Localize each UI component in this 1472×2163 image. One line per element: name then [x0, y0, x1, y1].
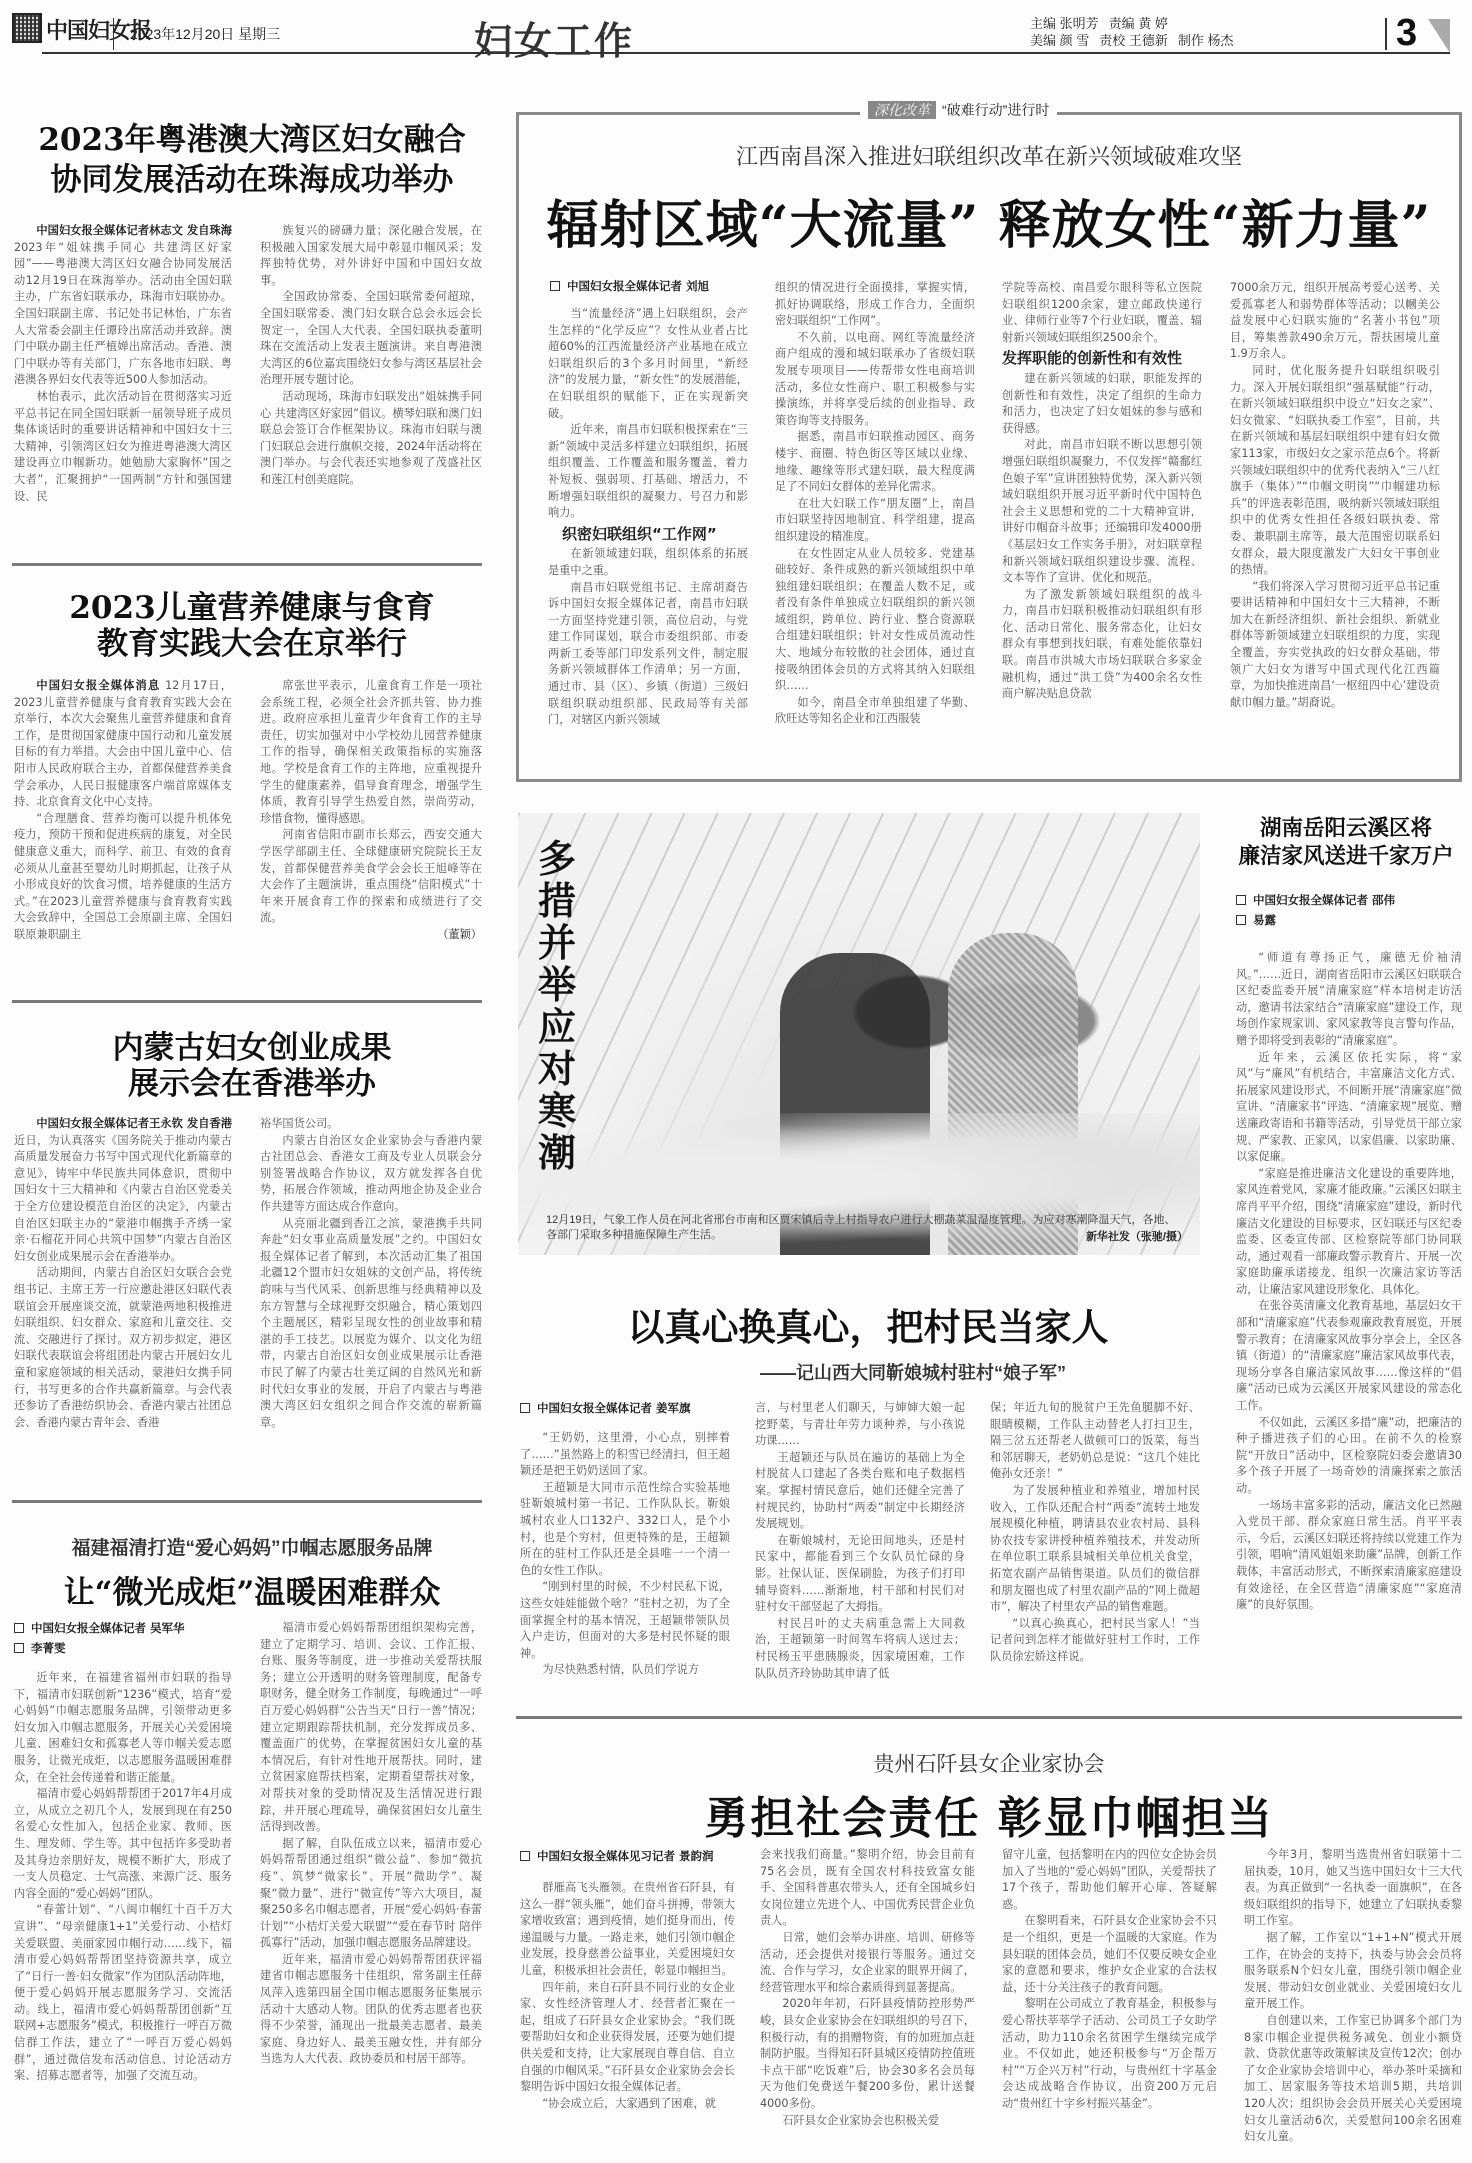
- article-village-subtitle: ——记山西大同靳娘城村驻村“娘子军”: [760, 1359, 1140, 1385]
- paragraph: 据了解，工作室以“1+1+N”模式开展工作，在协会的支持下，执委与协会会员将服务…: [1244, 1930, 1462, 2013]
- dateline: 中国妇女报全媒体记者林志文 发自珠海: [36, 224, 232, 237]
- paragraph: 石阡县女企业家协会也积极关爱: [760, 2113, 975, 2130]
- article-inner-mongolia-col2: 裕华国货公司。 内蒙古自治区女企业家协会与香港内蒙古社团总会、香港女工商及专业人…: [260, 1116, 482, 1468]
- headline-line: 廉洁家风送进千家万户: [1228, 843, 1464, 871]
- paragraph: 12月17日，2023儿童营养健康与食育教育实践大会在京举行，本次大会聚焦儿童营…: [14, 679, 232, 808]
- paragraph: 河南省信阳市副市长郑云，西安交通大学医学部副主任、全球健康研究院院长王友发，首都…: [260, 827, 482, 927]
- byline-box-icon: [14, 1643, 24, 1653]
- section-title: 妇女工作: [474, 10, 634, 65]
- article-village-col1: “王奶奶，这里滑，小心点，别摔着了……”虽然路上的积雪已经清扫，但王超颖还是把王…: [520, 1430, 730, 1690]
- paragraph: 南昌市妇联党组书记、主席胡裔告诉中国妇女报全媒体记者，南昌市妇联一方面坚持党建引…: [548, 580, 748, 729]
- paragraph: 建在新兴领域的妇联，职能发挥的创新性和有效性，决定了组织的生命力和活力，也决定了…: [1002, 371, 1202, 437]
- article-guizhou-headline: 勇担社会责任 彰显巾帼担当: [516, 1782, 1462, 1846]
- masthead-rule: [42, 52, 1450, 54]
- article-guizhou-col4: 今年3月，黎明当选贵州省妇联第十二届执委，10月，她又当选中国妇女十三大代表。为…: [1244, 1847, 1462, 2160]
- article-inner-mongolia-col1: 中国妇女报全媒体记者王永钦 发自香港 近日，为认真落实《国务院关于推动内蒙古高质…: [14, 1116, 232, 1468]
- article-fuqing-headline: 让“微光成炬”温暖困难群众: [12, 1567, 492, 1612]
- article-guizhou-col1: 群雁高飞头雁领。在贵州省石阡县，有这么一群“领头雁”，她们奋斗拼搏，带领大家增收…: [520, 1880, 735, 2160]
- byline-text: 中国妇女报全媒体见习记者 景韵润: [537, 1849, 714, 1863]
- paragraph: 在张谷英清廉文化教育基地，基层妇女干部和“清廉家庭”代表参观廉政教育展览，开展警…: [1236, 1298, 1462, 1414]
- article-village-col3: 保；年近九旬的脱贫户王先鱼腿脚不好、眼睛模糊，工作队主动替老人打扫卫生，隔三岔五…: [990, 1400, 1200, 1690]
- divider: [12, 1500, 482, 1503]
- paragraph: 林怡表示，此次活动旨在贯彻落实习近平总书记在同全国妇联新一届领导班子成员集体谈话…: [14, 389, 232, 505]
- paragraph: 王超颖是大同市示范性综合实验基地驻靳娘城村第一书记、工作队队长。靳娘城村农业人口…: [520, 1480, 730, 1580]
- paragraph: “师道有尊扬正气，廉德无价袖清风。”……近日，湖南省岳阳市云溪区妇联联合区纪委监…: [1236, 950, 1462, 1050]
- credit: 责编 黄 婷: [1109, 16, 1168, 31]
- feature-headline: 辐射区域“大流量” 释放女性“新力量”: [516, 183, 1462, 258]
- article-yunxi-headline: 湖南岳阳云溪区将 廉洁家风送进千家万户: [1228, 815, 1464, 871]
- subheading: 织密妇联组织“工作网”: [562, 526, 748, 543]
- byline: 中国妇女报全媒体记者 吴军华: [14, 1618, 234, 1638]
- headline-line: 2023年粤港澳大湾区妇女融合: [12, 120, 492, 160]
- headline: 2023年粤港澳大湾区妇女融合 协同发展活动在珠海成功举办: [12, 120, 492, 200]
- page-corner-icon: [1428, 19, 1450, 53]
- byline-box-icon: [520, 1851, 530, 1861]
- paragraph: 村民吕叶的丈夫病重急需上大同救治，王超颖第一时间驾车将病人送过去；村民杨玉平患胰…: [755, 1616, 965, 1682]
- signoff: （董颖）: [260, 927, 482, 944]
- paragraph: 一场场丰富多彩的活动，廉洁文化已然融入党员干部、群众家庭日常生活。肖平平表示，今…: [1236, 1498, 1462, 1614]
- photo-credit: 新华社发（张驰/摄）: [1086, 1228, 1188, 1244]
- paragraph: 在新领域建妇联，组织体系的拓展是重中之重。: [548, 546, 748, 579]
- page-divider: [1385, 18, 1387, 50]
- feature-byline: 中国妇女报全媒体记者 刘旭: [550, 276, 760, 296]
- article-guizhou-subtitle: 贵州石阡县女企业家协会: [516, 1748, 1462, 1778]
- paragraph: 内蒙古自治区女企业家协会与香港内蒙古社团总会、香港女工商及专业人员联会分别签署战…: [260, 1133, 482, 1216]
- article-village-col2: 言，与村里老人们聊天，与婶婶大娘一起挖野菜，与青壮年劳力谈种养，与小孩说功课………: [755, 1400, 965, 1690]
- paragraph: 近年来，南昌市妇联积极探索在“三新”领域中灵活多样建立妇联组织，拓展组织覆盖、工…: [548, 422, 748, 522]
- byline: 李菁雯: [14, 1638, 234, 1658]
- paragraph: 四年前，来自石阡县不同行业的女企业家、女性经济管理人才、经营者汇聚在一起，组成了…: [520, 1980, 735, 2096]
- issue-date: 2023年12月20日 星期三: [130, 24, 280, 44]
- headline-line: 内蒙古妇女创业成果: [12, 1030, 492, 1066]
- paragraph: 群雁高飞头雁领。在贵州省石阡县，有这么一群“领头雁”，她们奋斗拼搏，带领大家增收…: [520, 1880, 735, 1980]
- byline: 中国妇女报全媒体记者 刘旭: [550, 276, 760, 296]
- paragraph: 族复兴的磅礴力量；深化融合发展，在积极融入国家发展大局中彰显巾帼风采；发挥独特优…: [260, 223, 482, 289]
- credit: 责校 王德新: [1099, 33, 1168, 48]
- credit: 制作 杨杰: [1178, 33, 1234, 48]
- paragraph: 学院等高校、南昌爱尔眼科等私立医院妇联组织1200余家，建立邮政快递行业、律师行…: [1002, 280, 1202, 346]
- paragraph: 保；年近九旬的脱贫户王先鱼腿脚不好、眼睛模糊，工作队主动替老人打扫卫生，隔三岔五…: [990, 1400, 1200, 1483]
- article-fuqing-bylines: 中国妇女报全媒体记者 吴军华 李菁雯: [14, 1618, 234, 1658]
- article-inner-mongolia-headline: 内蒙古妇女创业成果 展示会在香港举办: [12, 1030, 492, 1102]
- paragraph: 据悉，南昌市妇联推动园区、商务楼宇、商圈、特色街区等区域以业缘、地缘、趣缘等形式…: [775, 429, 975, 495]
- article-fuqing-subtitle: 福建福清打造“爱心妈妈”巾帼志愿服务品牌: [12, 1533, 492, 1560]
- photo-vertical-title: 多措并举应对寒潮: [538, 838, 578, 1174]
- paragraph: 为了发展种植业和养殖业，增加村民收入，工作队还配合村“两委”流转土地发展规模化种…: [990, 1483, 1200, 1616]
- article-yunxi-body: “师道有尊扬正气，廉德无价袖清风。”……近日，湖南省岳阳市云溪区妇联联合区纪委监…: [1236, 950, 1462, 1695]
- paragraph: 日常，她们会举办讲座、培训、研修等活动，还会提供对接银行等服务。通过交流、合作与…: [760, 1930, 975, 1996]
- paragraph: “王奶奶，这里滑，小心点，别摔着了……”虽然路上的积雪已经清扫，但王超颖还是把王…: [520, 1430, 730, 1480]
- paragraph: “我们将深入学习贯彻习近平总书记重要讲话精神和中国妇女十三大精神，不断加大在新经…: [1230, 579, 1440, 712]
- masthead: 中国妇女报 2023年12月20日 星期三 妇女工作 主编 张明芳责编 黄 婷 …: [0, 0, 1472, 60]
- divider: [12, 563, 482, 566]
- paragraph: 在靳娘城村，无论田间地头，还是村民家中，都能看到三个女队员忙碌的身影。社保认证、…: [755, 1533, 965, 1616]
- byline-text: 中国妇女报全媒体记者 邵伟: [1253, 893, 1395, 907]
- article-nutrition-col1: 中国妇女报全媒体消息 12月17日，2023儿童营养健康与食育教育实践大会在京举…: [14, 678, 232, 961]
- paragraph: 组织的情况进行全面摸排，掌握实情，抓好协调联络，形成工作合力，全面织密妇联组织“…: [775, 280, 975, 330]
- paragraph: 福清市爱心妈妈帮帮团组织架构完善，建立了定期学习、培训、会议、工作汇报、台账、服…: [260, 1620, 482, 1836]
- paragraph: 当“流量经济”遇上妇联组织，会产生怎样的“化学反应”？女性从业者占比超60%的江…: [548, 306, 748, 422]
- byline-text: 中国妇女报全媒体记者 刘旭: [567, 279, 709, 293]
- paragraph: “家庭是推进廉洁文化建设的重要阵地，家风连着党风，家廉才能政廉。”云溪区妇联主席…: [1236, 1166, 1462, 1299]
- editor-credits: 主编 张明芳责编 黄 婷 美编 颜 雪责校 王德新制作 杨杰: [1030, 15, 1243, 49]
- feature-subtitle: 江西南昌深入推进妇联组织改革在新兴领域破难攻坚: [516, 140, 1462, 171]
- qr-code-icon[interactable]: [12, 13, 42, 43]
- article-guizhou-byline: 中国妇女报全媒体见习记者 景韵润: [520, 1846, 740, 1866]
- paragraph: 近年来，在福建省福州市妇联的指导下，福清市妇联创新“1236”模式，培育“爱心妈…: [14, 1670, 232, 1786]
- paragraph: 活动期间，内蒙古自治区妇女联合会党组书记、主席王芳一行应邀赴港区妇联代表联谊会开…: [14, 1265, 232, 1431]
- paragraph: 近日，为认真落实《国务院关于推动内蒙古高质量发展奋力书写中国式现代化新篇章的意见…: [14, 1134, 232, 1263]
- paragraph: 王超颖还与队员在遍访的基础上为全村脱贫人口建起了各类台账和电子数据档案。掌握村情…: [755, 1450, 965, 1533]
- byline: 中国妇女报全媒体记者 邵伟: [1236, 890, 1462, 910]
- byline: 中国妇女报全媒体见习记者 景韵润: [520, 1846, 740, 1866]
- paragraph: 自创建以来，工作室已协调多个部门为8家巾帼企业提供税务减免、创业小额贷款、贷款优…: [1244, 2013, 1462, 2146]
- paragraph: 据了解，自队伍成立以来，福清市爱心妈妈帮帮团通过组织“微公益”、参加“微抗疫”、…: [260, 1836, 482, 1952]
- divider: [12, 1000, 482, 1003]
- paragraph: “春蕾计划”、“八闽巾帼红十百千万大宣讲”、“母亲健康1+1”关爱行动、小桔灯关…: [14, 1902, 232, 2085]
- article-guizhou-col2: 会来找我们商量。”黎明介绍，协会目前有75名会员，既有全国农村科技致富女能手、全…: [760, 1847, 975, 2160]
- paragraph: 对此，南昌市妇联不断以思想引领增强妇联组织凝聚力，不仅发挥“赣鄱红色娘子军”宣讲…: [1002, 437, 1202, 586]
- feature-kicker: 深化改革“破难行动”进行时: [860, 100, 1057, 120]
- paragraph: 在黎明看来，石阡县女企业家协会不只是一个组织，更是一个温暖的大家庭。作为县妇联的…: [1002, 1913, 1217, 1996]
- article-gba-col2: 族复兴的磅礴力量；深化融合发展，在积极融入国家发展大局中彰显巾帼风采；发挥独特优…: [260, 223, 482, 533]
- headline-line: 湖南岳阳云溪区将: [1228, 815, 1464, 843]
- article-nutrition-headline: 2023儿童营养健康与食育 教育实践大会在京举行: [12, 590, 492, 662]
- dateline: 中国妇女报全媒体记者王永钦 发自香港: [36, 1117, 232, 1130]
- paragraph: 不仅如此，云溪区多措“廉”动，把廉洁的种子播进孩子们的心田。在前不久的检察院“开…: [1236, 1415, 1462, 1498]
- paragraph: 在女性固定从业人员较多、党建基础较好、条件成熟的新兴领域组织中单独组建妇联组织；…: [775, 546, 975, 695]
- feature-col4: 7000余万元，组织开展高考爱心送考、关爱孤寡老人和弱势群体等活动；以幗美公益发…: [1230, 280, 1440, 771]
- masthead-divider: [113, 18, 114, 50]
- article-village-headline: 以真心换真心，把村民当家人: [518, 1297, 1218, 1351]
- feature-col2: 组织的情况进行全面摸排，掌握实情，抓好协调联络，形成工作合力，全面织密妇联组织“…: [775, 280, 975, 771]
- headline-line: 2023儿童营养健康与食育: [12, 590, 492, 626]
- paragraph: 不久前，以电商、网红等流量经济商户组成的漫和城妇联承办了省级妇联发展专项项目——…: [775, 330, 975, 430]
- byline-box-icon: [520, 1403, 530, 1413]
- paragraph: 留守儿童，包括黎明在内的四位女企协会员加入了当地的“爱心妈妈”团队，关爱帮扶了1…: [1002, 1847, 1217, 1913]
- byline-box-icon: [550, 281, 560, 291]
- paragraph: 为了激发新领域妇联组织的战斗力，南昌市妇联积极推动妇联组织有形化、活动日常化、服…: [1002, 587, 1202, 703]
- article-gba-col1: 中国妇女报全媒体记者林志文 发自珠海 2023年“姐妹携手同心 共建湾区好家园”…: [14, 223, 232, 533]
- article-fuqing-col2: 福清市爱心妈妈帮帮团组织架构完善，建立了定期学习、培训、会议、工作汇报、台账、服…: [260, 1620, 482, 2155]
- credit: 主编 张明芳: [1030, 16, 1099, 31]
- byline-text: 中国妇女报全媒体记者 姜军旗: [537, 1401, 691, 1415]
- byline-text: 易露: [1253, 913, 1276, 927]
- paragraph: 言，与村里老人们聊天，与婶婶大娘一起挖野菜，与青壮年劳力谈种养，与小孩说功课……: [755, 1400, 965, 1450]
- news-photo[interactable]: 多措并举应对寒潮 12月19日，气象工作人员在河北省邢台市南和区贾宋镇后寺上村指…: [518, 813, 1200, 1255]
- divider: [516, 1716, 1462, 1719]
- paragraph: 今年3月，黎明当选贵州省妇联第十二届执委，10月，她又当选中国妇女十三大代表。为…: [1244, 1847, 1462, 1930]
- paragraph: 席张世平表示，儿童食育工作是一项社会系统工程，必须全社会齐抓共管、协力推进。政府…: [260, 678, 482, 827]
- paragraph: 近年来，福清市爱心妈妈帮帮团获评福建省巾帼志愿服务十佳组织，常务副主任薛凤萍入选…: [260, 1952, 482, 2068]
- headline-line: 展示会在香港举办: [12, 1066, 492, 1102]
- article-guizhou-col3: 留守儿童，包括黎明在内的四位女企协会员加入了当地的“爱心妈妈”团队，关爱帮扶了1…: [1002, 1847, 1217, 2160]
- headline-line: 协同发展活动在珠海成功举办: [12, 160, 492, 200]
- byline-text: 中国妇女报全媒体记者 吴军华: [31, 1621, 185, 1635]
- article-village-byline: 中国妇女报全媒体记者 姜军旗: [520, 1398, 730, 1418]
- article-gba[interactable]: 2023年粤港澳大湾区妇女融合 协同发展活动在珠海成功举办: [12, 120, 492, 200]
- paragraph: 在壮大妇联工作“朋友圈”上，南昌市妇联坚持因地制宜、科学组建，提高组织建设的精准…: [775, 496, 975, 546]
- paragraph: 同时，优化服务提升妇联组织吸引力。深入开展妇联组织“强基赋能”行动，在新兴领域妇…: [1230, 363, 1440, 579]
- paragraph: 近年来，云溪区依托实际，将“家风”与“廉风”有机结合，丰富廉洁文化方式、拓展家风…: [1236, 1050, 1462, 1166]
- headline-line: 教育实践大会在京举行: [12, 626, 492, 662]
- article-fuqing-col1: 近年来，在福建省福州市妇联的指导下，福清市妇联创新“1236”模式，培育“爱心妈…: [14, 1670, 232, 2155]
- credit: 美编 颜 雪: [1030, 33, 1089, 48]
- paragraph: 7000余万元，组织开展高考爱心送考、关爱孤寡老人和弱势群体等活动；以幗美公益发…: [1230, 280, 1440, 363]
- page-number: 3: [1396, 12, 1417, 55]
- paragraph: 福清市爱心妈妈帮帮团于2017年4月成立，从成立之初几个人，发展到现在有250名…: [14, 1786, 232, 1902]
- feature-col3: 学院等高校、南昌爱尔眼科等私立医院妇联组织1200余家，建立邮政快递行业、律师行…: [1002, 280, 1202, 771]
- byline-box-icon: [1236, 915, 1246, 925]
- paragraph: 2023年“姐妹携手同心 共建湾区好家园”——粤港澳大湾区妇女融合协同发展活动1…: [14, 241, 232, 387]
- kicker-tag: 深化改革: [868, 101, 936, 119]
- paragraph: “刚到村里的时候，不少村民私下说，这些女娃娃能做个啥？”驻村之初，为了全面掌握全…: [520, 1579, 730, 1662]
- byline-box-icon: [1236, 895, 1246, 905]
- paragraph: “协会成立后，大家遇到了困难，就: [520, 2096, 735, 2113]
- paragraph: 会来找我们商量。”黎明介绍，协会目前有75名会员，既有全国农村科技致富女能手、全…: [760, 1847, 975, 1930]
- paragraph: “合理膳食、营养均衡可以提升机体免疫力，预防干预和促进疾病的康复，对全民健康意义…: [14, 811, 232, 944]
- article-nutrition-col2: 席张世平表示，儿童食育工作是一项社会系统工程，必须全社会齐抓共管、协力推进。政府…: [260, 678, 482, 961]
- byline: 中国妇女报全媒体记者 姜军旗: [520, 1398, 730, 1418]
- paragraph: 黎明在公司成立了教育基金，积极参与爱心帮扶莘莘学子活动、公司员工子女助学活动，助…: [1002, 1996, 1217, 2112]
- byline: 易露: [1236, 910, 1462, 930]
- kicker-text: “破难行动”进行时: [942, 102, 1049, 118]
- byline-box-icon: [14, 1623, 24, 1633]
- paragraph: 如今，南昌全市单独组建了华勤、欣旺达等知名企业和江西服装: [775, 695, 975, 728]
- paragraph: 活动现场，珠海市妇联发出“姐妹携手同心 共建湾区好家园”倡议。横琴妇联和澳门妇联…: [260, 389, 482, 489]
- paragraph: 裕华国货公司。: [260, 1116, 482, 1133]
- byline-text: 李菁雯: [31, 1641, 66, 1655]
- paragraph: 为尽快熟悉村情，队员们学说方: [520, 1662, 730, 1679]
- dateline: 中国妇女报全媒体消息: [36, 679, 160, 692]
- paragraph: 从亮丽北疆到香江之滨，蒙港携手共同奔赴“妇女事业高质量发展”之约。中国妇女报全媒…: [260, 1216, 482, 1432]
- subheading: 发挥职能的创新性和有效性: [1002, 350, 1202, 367]
- paragraph: 全国政协常委、全国妇联常委何超琼，全国妇联常委、澳门妇女联合总会永远会长贺定一，…: [260, 289, 482, 389]
- paragraph: 2020年年初，石阡县疫情防控形势严峻，县女企业家协会在妇联组织的号召下，积极行…: [760, 1996, 975, 2112]
- article-yunxi-bylines: 中国妇女报全媒体记者 邵伟 易露: [1236, 890, 1462, 930]
- feature-col1: 当“流量经济”遇上妇联组织，会产生怎样的“化学反应”？女性从业者占比超60%的江…: [548, 306, 748, 771]
- paragraph: “以真心换真心，把村民当家人！”当记者问到怎样才能做好驻村工作时，工作队员徐宏娇…: [990, 1616, 1200, 1666]
